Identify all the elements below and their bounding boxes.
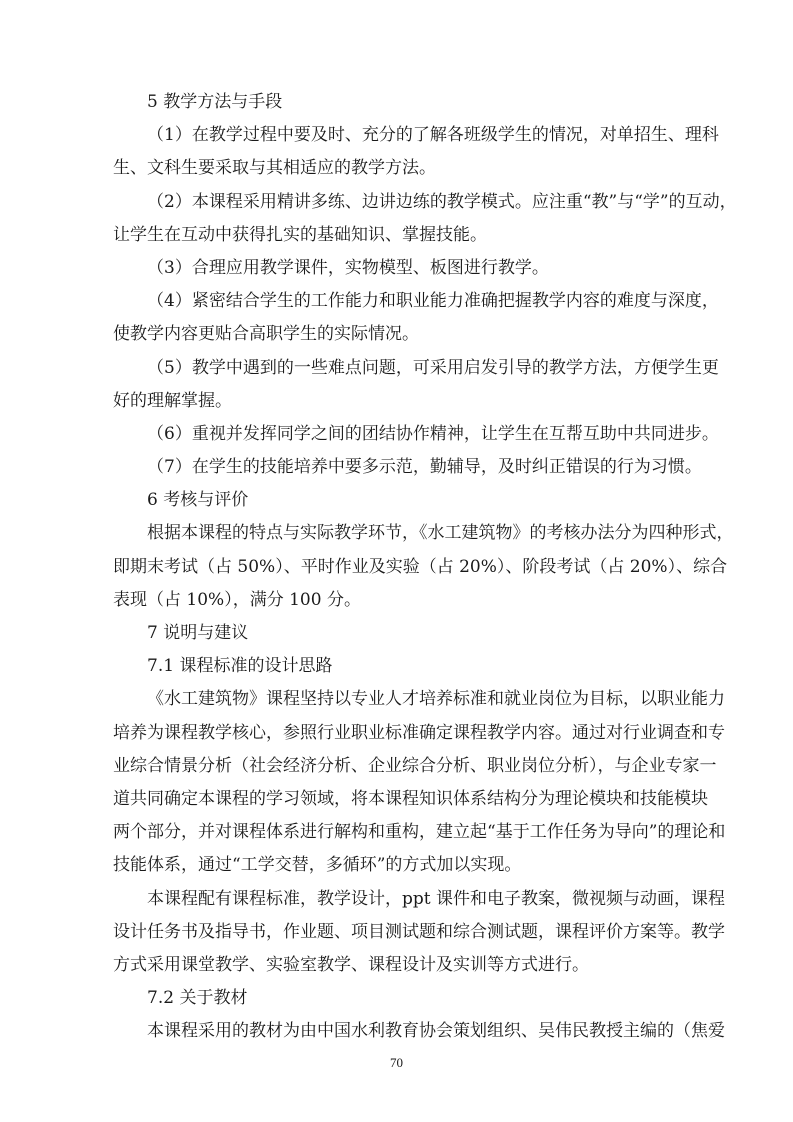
- subsection-heading: 7.1 课程标准的设计思路: [113, 650, 681, 683]
- text-line: 技能体系，通过“工学交替，多循环”的方式加以实现。: [113, 849, 681, 882]
- text-line: 培养为课程教学核心，参照行业职业标准确定课程教学内容。通过对行业调查和专: [113, 717, 681, 750]
- section-heading: 7 说明与建议: [113, 617, 681, 650]
- section-heading: 5 教学方法与手段: [113, 86, 681, 119]
- text-line: 本课程采用的教材为由中国水利教育协会策划组织、吴伟民教授主编的（焦爱: [113, 1015, 681, 1048]
- text-line: （6）重视并发挥同学之间的团结协作精神，让学生在互帮互助中共同进步。: [113, 418, 681, 451]
- document-body: 5 教学方法与手段 （1）在教学过程中要及时、充分的了解各班级学生的情况，对单招…: [113, 86, 681, 1048]
- text-line: 《水工建筑物》课程坚持以专业人才培养标准和就业岗位为目标，以职业能力: [113, 683, 681, 716]
- text-line: （1）在教学过程中要及时、充分的了解各班级学生的情况，对单招生、理科: [113, 119, 681, 152]
- text-line: 生、文科生要采取与其相适应的教学方法。: [113, 152, 681, 185]
- text-line: 根据本课程的特点与实际教学环节，《水工建筑物》的考核办法分为四种形式，: [113, 517, 681, 550]
- text-line: （5）教学中遇到的一些难点问题，可采用启发引导的教学方法，方便学生更: [113, 352, 681, 385]
- text-line: 两个部分，并对课程体系进行解构和重构，建立起“基于工作任务为导向”的理论和: [113, 816, 681, 849]
- text-line: （7）在学生的技能培养中要多示范，勤辅导，及时纠正错误的行为习惯。: [113, 451, 681, 484]
- text-line: 即期末考试（占 50%）、平时作业及实验（占 20%）、阶段考试（占 20%）、…: [113, 551, 681, 584]
- text-line: 业综合情景分析（社会经济分析、企业综合分析、职业岗位分析），与企业专家一: [113, 750, 681, 783]
- text-line: 本课程配有课程标准，教学设计，ppt 课件和电子教案，微视频与动画，课程: [113, 883, 681, 916]
- text-line: （4）紧密结合学生的工作能力和职业能力准确把握教学内容的难度与深度，: [113, 285, 681, 318]
- text-line: 好的理解掌握。: [113, 385, 681, 418]
- text-line: 表现（占 10%），满分 100 分。: [113, 584, 681, 617]
- text-line: 使教学内容更贴合高职学生的实际情况。: [113, 318, 681, 351]
- text-line: 让学生在互动中获得扎实的基础知识、掌握技能。: [113, 219, 681, 252]
- text-line: （2）本课程采用精讲多练、边讲边练的教学模式。应注重“教”与“学”的互动，: [113, 186, 681, 219]
- page-number: 70: [0, 1055, 793, 1071]
- text-line: 道共同确定本课程的学习领域，将本课程知识体系结构分为理论模块和技能模块: [113, 783, 681, 816]
- text-line: 设计任务书及指导书，作业题、项目测试题和综合测试题，课程评价方案等。教学: [113, 916, 681, 949]
- subsection-heading: 7.2 关于教材: [113, 982, 681, 1015]
- section-heading: 6 考核与评价: [113, 484, 681, 517]
- text-line: （3）合理应用教学课件，实物模型、板图进行教学。: [113, 252, 681, 285]
- text-line: 方式采用课堂教学、实验室教学、课程设计及实训等方式进行。: [113, 949, 681, 982]
